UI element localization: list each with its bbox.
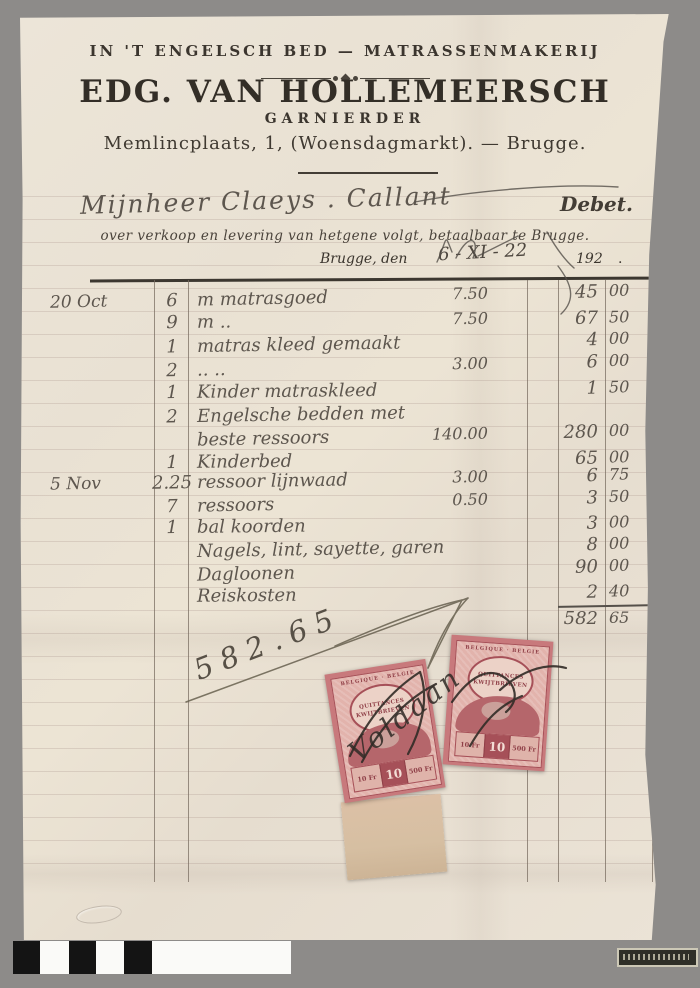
row-qty: 2 <box>152 360 192 382</box>
row-fr: 4 <box>556 329 598 351</box>
calibration-square <box>69 941 96 974</box>
stamp-value-left: 10 Fr <box>455 732 485 757</box>
address-underline <box>298 172 438 174</box>
scanned-invoice-page: IN 'T ENGELSCH BED — MATRASSENMAKERIJ ED… <box>0 0 700 988</box>
row-ct: 75 <box>609 464 645 484</box>
column-line <box>652 280 653 882</box>
letterhead-address: Memlincplaats, 1, (Woensdagmarkt). — Bru… <box>20 133 670 154</box>
calibration-square <box>40 941 69 974</box>
row-desc: m .. <box>197 311 231 332</box>
row-fr: 90 <box>556 556 598 578</box>
letterhead-name: EDG. VAN HOLLEMEERSCH <box>20 74 670 110</box>
total-centimes: 65 <box>609 608 645 627</box>
row-fr: 8 <box>556 534 598 556</box>
revenue-stamp-right: BELGIQUE · BELGIE QUITTANCES KWIJTBRIEVE… <box>443 635 554 772</box>
row-ct: 00 <box>609 420 645 440</box>
row-ct: 50 <box>609 377 645 396</box>
calibration-bar <box>13 941 291 974</box>
row-ct: 00 <box>609 512 645 531</box>
row-ct: 50 <box>609 486 645 506</box>
row-ct: 50 <box>609 307 645 326</box>
row-fr: 6 <box>556 465 598 487</box>
row-desc: matras kleed gemaakt <box>197 332 401 357</box>
stamp-value-center: 10 <box>483 734 511 759</box>
total-row: 582 65 <box>20 608 700 632</box>
row-fr: 3 <box>556 513 598 534</box>
letterhead-tagline: IN 'T ENGELSCH BED — MATRASSENMAKERIJ <box>20 42 670 60</box>
row-desc: bal koorden <box>197 516 306 538</box>
row-desc: ressoors <box>197 494 275 517</box>
row-fr: 1 <box>556 378 598 399</box>
row-desc: Reiskosten <box>197 585 297 607</box>
row-qty: 2 <box>152 406 192 428</box>
calibration-square <box>96 941 124 974</box>
row-desc: beste ressoors <box>197 427 330 451</box>
row-desc: .. .. <box>197 359 226 381</box>
row-date: 20 Oct <box>50 291 150 313</box>
embossed-mark <box>75 903 123 926</box>
dateline-year: 192 <box>576 251 603 267</box>
row-qty: 2.25 <box>152 472 192 494</box>
calibration-square <box>13 941 40 974</box>
row-price: 3.00 <box>416 467 488 487</box>
row-qty: 6 <box>152 290 192 312</box>
row-qty: 7 <box>152 496 192 518</box>
row-desc: m matrasgoed <box>197 287 328 311</box>
calibration-square <box>124 941 152 974</box>
row-fr: 2 <box>556 582 598 603</box>
row-price: 0.50 <box>416 490 488 511</box>
row-ct: 40 <box>609 581 645 600</box>
row-qty: 9 <box>152 312 192 333</box>
row-qty: 1 <box>152 452 192 473</box>
row-price: 7.50 <box>416 309 488 329</box>
row-qty: 1 <box>152 336 192 358</box>
row-desc: Dagloonen <box>197 563 295 586</box>
stamp-value-right: 500 Fr <box>509 736 539 761</box>
row-ct: 00 <box>609 533 645 553</box>
dateline-period: . <box>618 251 622 267</box>
row-qty: 1 <box>152 382 192 403</box>
stamp-value-left: 10 Fr <box>351 764 383 791</box>
stamp-paper-remnant <box>341 794 447 880</box>
row-fr: 280 <box>556 421 598 443</box>
row-price: 140.00 <box>416 424 488 445</box>
debet-label: Debet. <box>560 192 633 216</box>
row-fr: 67 <box>556 308 598 329</box>
row-qty: 1 <box>152 517 192 538</box>
row-desc: Nagels, lint, sayette, garen <box>197 537 445 562</box>
total-francs: 582 <box>556 608 598 629</box>
dateline-prefix: Brugge, den <box>320 251 407 267</box>
row-desc: Engelsche bedden met <box>197 402 405 427</box>
row-ct: 00 <box>609 350 645 370</box>
stamp-value-center: 10 <box>379 760 408 787</box>
printed-intro-line: over verkoop en levering van hetgene vol… <box>20 228 670 244</box>
row-fr: 6 <box>556 351 598 373</box>
row-price: 7.50 <box>416 284 488 305</box>
row-desc: Kinderbed <box>197 451 292 473</box>
row-fr: 3 <box>556 487 598 509</box>
row-price: 3.00 <box>416 354 488 375</box>
stamp-value-band: 10 Fr 10 500 Fr <box>454 731 540 762</box>
row-desc: Kinder matraskleed <box>197 380 378 403</box>
row-ct: 00 <box>609 328 645 348</box>
letterhead-profession: GARNIERDER <box>20 111 670 127</box>
stamp-lion-vignette <box>455 693 542 737</box>
calibration-strip <box>152 941 291 974</box>
archive-label <box>617 948 698 967</box>
stamp-country-text: BELGIQUE · BELGIE <box>457 644 549 656</box>
row-desc: ressoor lijnwaad <box>197 469 348 493</box>
row-ct: 00 <box>609 280 645 300</box>
row-date: 5 Nov <box>50 473 150 495</box>
stamp-value-right: 500 Fr <box>405 756 437 783</box>
row-ct: 00 <box>609 555 645 575</box>
row-fr: 45 <box>556 281 598 303</box>
